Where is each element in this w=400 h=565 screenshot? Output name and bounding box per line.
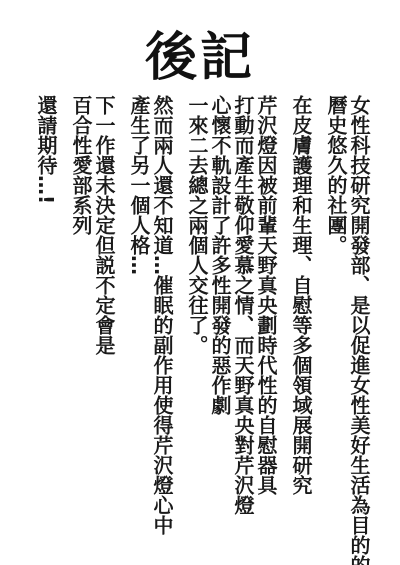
vertical-text-line: 還請期待…! bbox=[34, 95, 57, 565]
vertical-text-line: 心懷不軌設計了許多性開發的惡作劇 bbox=[208, 95, 231, 565]
afterword-body: 女性科技研究開發部、是以促進女性美好生活為目的的 曆史悠久的社團。 在皮膚護理和… bbox=[34, 95, 370, 565]
vertical-text-line: 百合性愛部系列 bbox=[69, 95, 92, 565]
page-title: 後記 bbox=[0, 30, 400, 87]
afterword-page: 後記 女性科技研究開發部、是以促進女性美好生活為目的的 曆史悠久的社團。 在皮膚… bbox=[0, 0, 400, 565]
vertical-text-line: 一來二去總之兩個人交往了。 bbox=[185, 95, 208, 565]
vertical-text-line: 下一作還未決定但説不定會是 bbox=[92, 95, 115, 565]
vertical-text-line: 打動而產生敬仰愛慕之情、而天野真央對芹沢燈 bbox=[231, 95, 254, 565]
vertical-text-line: 芹沢燈因被前輩天野真央劃時代性的自慰器具 bbox=[254, 95, 277, 565]
vertical-text-line: 產生了另一個人格… bbox=[127, 95, 150, 565]
vertical-text-line: 然而兩人還不知道…催眠的副作用使得芹沢燈心中 bbox=[150, 95, 173, 565]
vertical-text-line: 女性科技研究開發部、是以促進女性美好生活為目的的 bbox=[347, 95, 370, 565]
vertical-text-line: 曆史悠久的社團。 bbox=[324, 95, 347, 565]
vertical-text-line: 在皮膚護理和生理、自慰等多個領域展開研究 bbox=[289, 95, 312, 565]
